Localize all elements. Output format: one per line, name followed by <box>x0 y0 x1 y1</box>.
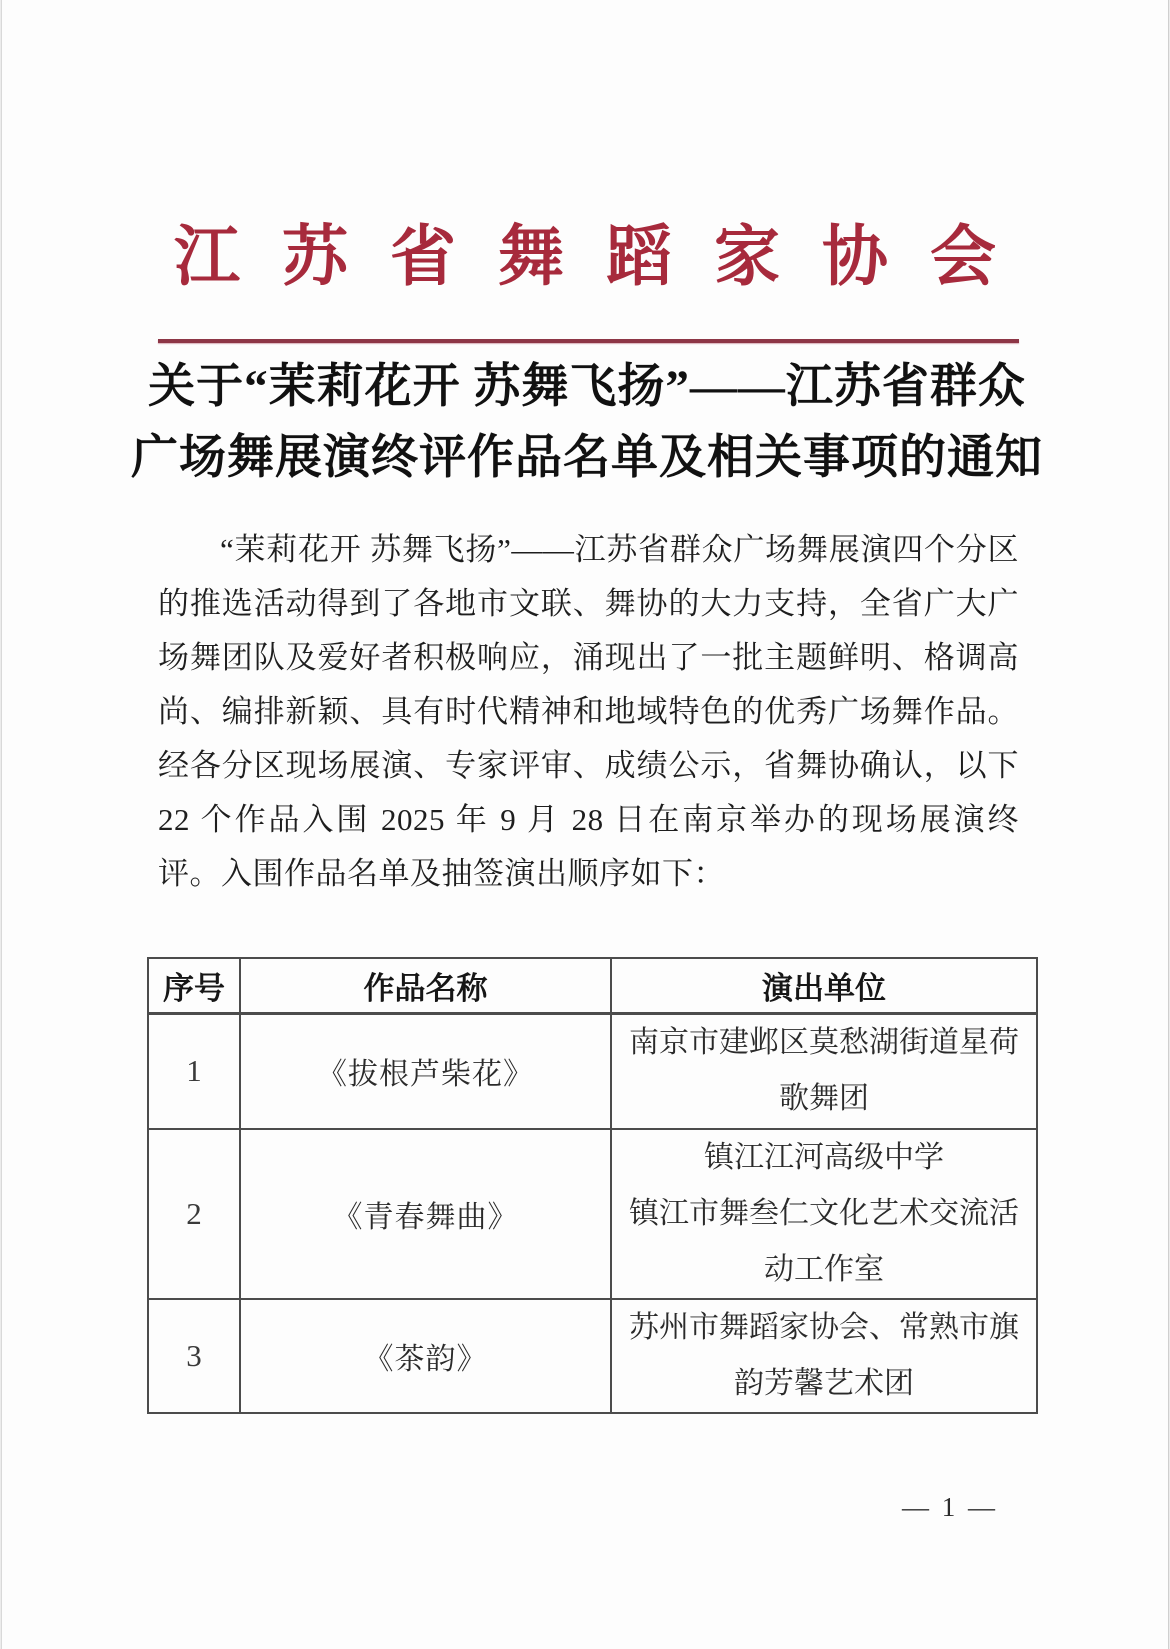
footer-page-number: — 1 — <box>870 1492 1030 1523</box>
cell-performing-unit: 苏州市舞蹈家协会、常熟市旗韵芳馨艺术团 <box>611 1299 1037 1413</box>
table-header-performing-unit: 演出单位 <box>611 958 1037 1013</box>
cell-work-name: 《茶韵》 <box>240 1299 611 1413</box>
document-title: 关于“茉莉花开 苏舞飞扬”——江苏省群众 广场舞展演终评作品名单及相关事项的通知 <box>77 352 1097 494</box>
table-row: 2 《青春舞曲》 镇江江河高级中学 镇江市舞叁仁文化艺术交流活动工作室 <box>148 1129 1037 1299</box>
cell-serial-number: 1 <box>148 1013 240 1129</box>
document-title-line2: 广场舞展演终评作品名单及相关事项的通知 <box>77 423 1097 494</box>
masthead-divider-line <box>158 339 1019 343</box>
cell-performing-unit: 南京市建邺区莫愁湖街道星荷歌舞团 <box>611 1013 1037 1129</box>
table-row: 3 《茶韵》 苏州市舞蹈家协会、常熟市旗韵芳馨艺术团 <box>148 1299 1037 1413</box>
org-masthead-title: 江苏省舞蹈家协会 <box>2 218 1168 298</box>
table-header-work-name: 作品名称 <box>240 958 611 1013</box>
cell-work-name: 《青春舞曲》 <box>240 1129 611 1299</box>
document-title-line1: 关于“茉莉花开 苏舞飞扬”——江苏省群众 <box>77 352 1097 423</box>
notice-body-paragraph: “茉莉花开 苏舞飞扬”——江苏省群众广场舞展演四个分区的推选活动得到了各地市文联… <box>158 523 1019 901</box>
cell-serial-number: 3 <box>148 1299 240 1413</box>
table-header-serial-number: 序号 <box>148 958 240 1013</box>
cell-work-name: 《拔根芦柴花》 <box>240 1013 611 1129</box>
cell-serial-number: 2 <box>148 1129 240 1299</box>
table-header-row: 序号 作品名称 演出单位 <box>148 958 1037 1013</box>
table-row: 1 《拔根芦柴花》 南京市建邺区莫愁湖街道星荷歌舞团 <box>148 1013 1037 1129</box>
finalist-works-table: 序号 作品名称 演出单位 1 《拔根芦柴花》 南京市建邺区莫愁湖街道星荷歌舞团 … <box>147 957 1038 1414</box>
cell-performing-unit: 镇江江河高级中学 镇江市舞叁仁文化艺术交流活动工作室 <box>611 1129 1037 1299</box>
document-page: 江苏省舞蹈家协会 关于“茉莉花开 苏舞飞扬”——江苏省群众 广场舞展演终评作品名… <box>1 0 1169 1649</box>
